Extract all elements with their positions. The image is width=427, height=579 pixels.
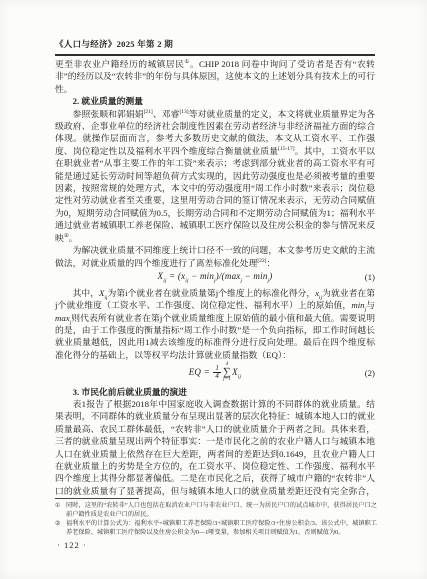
page-header: 《人口与经济》2025 年第 2 期 <box>55 38 375 56</box>
formula-2-number: (2) <box>365 368 375 378</box>
f1-minus-2: − <box>242 271 253 281</box>
paper-page: 《人口与经济》2025 年第 2 期 更至非农业户籍经历的城镇居民①。CHIP … <box>0 0 427 579</box>
f2-EQ: EQ <box>189 367 201 377</box>
p2-text-4: 。其中，工资水平以在职就业者“从事主要工作的年工资”来表示；考虑到部分就业者的高… <box>55 146 375 243</box>
p4-text-1: 其中， <box>73 288 99 298</box>
formula-1: Xij = (xij − minj)/(maxj − minj) (1) <box>55 271 375 284</box>
f2-frac-denominator: 4 <box>213 373 221 380</box>
p2-text-2: 、邓睿 <box>153 109 180 119</box>
f2-X-sub: ij <box>238 374 241 380</box>
footnote-1: ① 同时，这里的“农转非”人口也包括在取消农业户口与非农业户口、统一为居民户口的… <box>55 502 377 519</box>
citation-15-17: [15-17] <box>278 146 295 152</box>
f2-fraction: 14 <box>213 365 221 381</box>
p3-text-1: 为解决就业质量不同维度上统计口径不一致的问题，本文参考历史文献的主流做法，对就业… <box>55 245 375 267</box>
footnote-2-text: 福利水平的计算公式为：福利水平=城镇职工养老保险/3+城镇职工医疗保险/3+住房… <box>66 520 377 537</box>
footnote-1-marker: ① <box>55 502 66 519</box>
paragraph-standardization: 为解决就业质量不同维度上统计口径不一致的问题，本文参考历史文献的主流做法，对就业… <box>55 244 375 269</box>
f1-min-2: min <box>253 271 267 281</box>
paragraph-results: 表1报告了根据2018年中国家庭收入调查数据计算的不同群体的就业质量。结果表明，… <box>55 398 375 498</box>
f1-eq: = ( <box>167 271 181 281</box>
paragraph-continuation: 更至非农业户籍经历的城镇居民①。CHIP 2018 问卷中询问了受访者是否有“农… <box>55 58 375 95</box>
paragraph-formula-explanation: 其中，Xij为第i个就业者在就业质量第j个维度上的标准化得分，xij为就业者在第… <box>55 287 375 361</box>
p4-var-max: max <box>55 313 70 323</box>
footnote-divider <box>55 498 139 499</box>
footnote-2-marker: ② <box>55 520 66 537</box>
p3-text-2: ： <box>267 258 276 268</box>
article-body: 更至非农业户籍经历的城镇居民①。CHIP 2018 问卷中询问了受访者是否有“农… <box>55 58 375 498</box>
p2-text-5: 。 <box>69 233 78 243</box>
p4-text-2: 为第i个就业者在就业质量第j个维度上的标准化得分， <box>107 288 315 298</box>
header-divider <box>55 54 375 56</box>
p4-text-5: 则代表所有就业者在第j个就业质量维度上原始值的最小值和最大值。需要说明的是，由于… <box>55 313 375 360</box>
section-heading-2: 2. 就业质量的测量 <box>55 95 375 107</box>
footnote-1-text: 同时，这里的“农转非”人口也包括在取消农业户口与非农业户口、统一为居民户口的试点… <box>66 502 377 519</box>
footnote-block: ① 同时，这里的“农转非”人口也包括在取消农业户口与非农业户口、统一为居民户口的… <box>55 498 377 538</box>
citation-13: [13] <box>179 109 188 115</box>
section-heading-3: 3. 市民化前后就业质量的演进 <box>55 386 375 398</box>
p4-var-min: min <box>351 300 364 310</box>
citation-22: [22] <box>257 258 266 264</box>
f2-eq: = <box>201 367 212 377</box>
f1-max: max <box>225 271 241 281</box>
f1-close-paren: ) <box>269 271 272 281</box>
page-number: · 122 · <box>57 540 87 550</box>
f1-divider: )/( <box>216 271 225 281</box>
citation-21: [21] <box>144 109 153 115</box>
formula-2-expression: EQ = 144∑j=1Xij <box>189 367 242 377</box>
f1-min: min <box>200 271 214 281</box>
p1-text-1: 更至非农业户籍经历的城镇居民 <box>55 59 184 69</box>
f1-minus: − <box>189 271 200 281</box>
footnote-2: ② 福利水平的计算公式为：福利水平=城镇职工养老保险/3+城镇职工医疗保险/3+… <box>55 520 377 537</box>
formula-1-expression: Xij = (xij − minj)/(maxj − minj) <box>158 271 273 281</box>
f2-summation: 4∑j=1 <box>223 363 231 382</box>
formula-2: EQ = 144∑j=1Xij (2) <box>55 363 375 382</box>
p2-text-1: 参照张顺和郭娟娟 <box>73 109 144 119</box>
formula-1-number: (1) <box>365 272 375 282</box>
journal-issue-label: 《人口与经济》2025 年第 2 期 <box>55 38 375 50</box>
p4-text-4: 与 <box>366 300 375 310</box>
paragraph-measurement: 参照张顺和郭娟娟[21]、邓睿[13]等对就业质量的定义，本文将就业质量界定为各… <box>55 108 375 244</box>
f2-sum-lower-limit: j=1 <box>223 378 231 383</box>
